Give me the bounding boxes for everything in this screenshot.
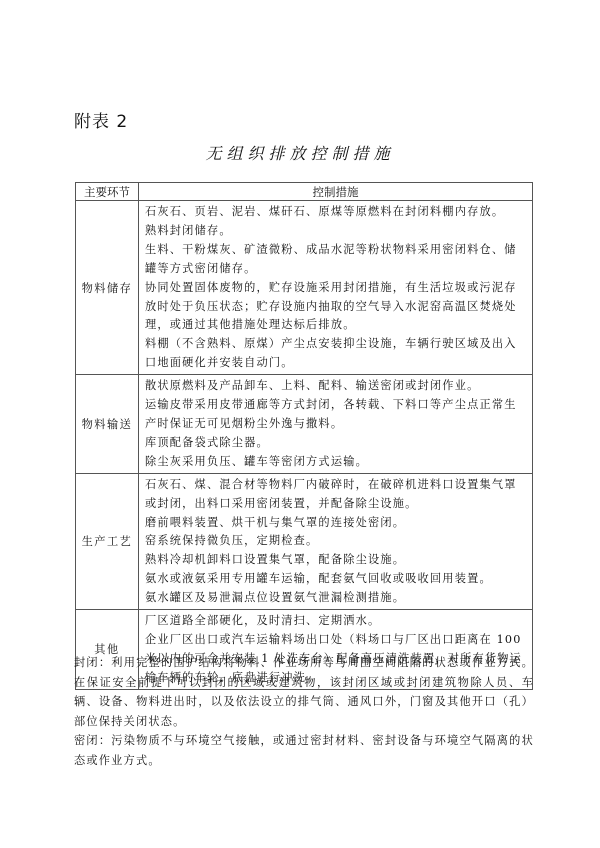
measure-item: 氨水罐区及易泄漏点位设置氨气泄漏检测措施。 bbox=[145, 589, 528, 608]
document-title: 无组织排放控制措施 bbox=[0, 141, 600, 164]
measure-item: 料棚（不含熟料、原煤）产尘点安装抑尘设施，车辆行驶区域及出入口地面硬化并安装自动… bbox=[145, 335, 528, 373]
section-name: 物料储存 bbox=[76, 201, 139, 375]
section-items: 石灰石、煤、混合材等物料厂内破碎时，在破碎机进料口设置集气罩或封闭，出料口采用密… bbox=[139, 473, 533, 609]
measure-item: 石灰石、页岩、泥岩、煤矸石、原煤等原燃料在封闭料棚内存放。 bbox=[145, 203, 528, 222]
measure-item: 厂区道路全部硬化，及时清扫、定期洒水。 bbox=[145, 612, 528, 631]
table-row: 物料储存 石灰石、页岩、泥岩、煤矸石、原煤等原燃料在封闭料棚内存放。 熟料封闭储… bbox=[76, 201, 533, 375]
control-measures-table: 主要环节 控制措施 物料储存 石灰石、页岩、泥岩、煤矸石、原煤等原燃料在封闭料棚… bbox=[75, 182, 533, 690]
header-stage: 主要环节 bbox=[76, 183, 139, 201]
table-row: 物料输送 散状原燃料及产品卸车、上料、配料、输送密闭或封闭作业。 运输皮带采用皮… bbox=[76, 375, 533, 474]
section-items: 石灰石、页岩、泥岩、煤矸石、原煤等原燃料在封闭料棚内存放。 熟料封闭储存。 生料… bbox=[139, 201, 533, 375]
definitions-notes: 封闭：利用完整的围护结构将物料、作业场所等与周围空间阻隔的状态或作业方式。在保证… bbox=[74, 653, 534, 770]
section-items: 散状原燃料及产品卸车、上料、配料、输送密闭或封闭作业。 运输皮带采用皮带通廊等方… bbox=[139, 375, 533, 474]
note-enclosed: 封闭：利用完整的围护结构将物料、作业场所等与周围空间阻隔的状态或作业方式。在保证… bbox=[74, 653, 534, 731]
header-measures: 控制措施 bbox=[139, 183, 533, 201]
measure-item: 石灰石、煤、混合材等物料厂内破碎时，在破碎机进料口设置集气罩或封闭，出料口采用密… bbox=[145, 476, 528, 514]
measure-item: 生料、干粉煤灰、矿渣微粉、成品水泥等粉状物料采用密闭料仓、储罐等方式密闭储存。 bbox=[145, 241, 528, 279]
note-sealed: 密闭：污染物质不与环境空气接触，或通过密封材料、密封设备与环境空气隔离的状态或作… bbox=[74, 731, 534, 770]
section-name: 生产工艺 bbox=[76, 473, 139, 609]
measure-item: 氨水或液氨采用专用罐车运输，配套氨气回收或吸收回用装置。 bbox=[145, 570, 528, 589]
measure-item: 熟料冷却机卸料口设置集气罩，配备除尘设施。 bbox=[145, 551, 528, 570]
measure-item: 协同处置固体废物的，贮存设施采用封闭措施，有生活垃圾或污泥存放时处于负压状态；贮… bbox=[145, 279, 528, 336]
measure-item: 熟料封闭储存。 bbox=[145, 222, 528, 241]
section-name: 物料输送 bbox=[76, 375, 139, 474]
measure-item: 散状原燃料及产品卸车、上料、配料、输送密闭或封闭作业。 bbox=[145, 377, 528, 396]
table-header-row: 主要环节 控制措施 bbox=[76, 183, 533, 201]
table-row: 生产工艺 石灰石、煤、混合材等物料厂内破碎时，在破碎机进料口设置集气罩或封闭，出… bbox=[76, 473, 533, 609]
measure-item: 库顶配备袋式除尘器。 bbox=[145, 434, 528, 453]
measure-item: 运输皮带采用皮带通廊等方式封闭，各转载、下料口等产尘点正常生产时保证无可见烟粉尘… bbox=[145, 396, 528, 434]
measure-item: 磨前喂料装置、烘干机与集气罩的连接处密闭。 bbox=[145, 514, 528, 533]
measure-item: 除尘灰采用负压、罐车等密闭方式运输。 bbox=[145, 453, 528, 472]
appendix-label: 附表 2 bbox=[74, 107, 128, 132]
measure-item: 窑系统保持微负压，定期检查。 bbox=[145, 532, 528, 551]
